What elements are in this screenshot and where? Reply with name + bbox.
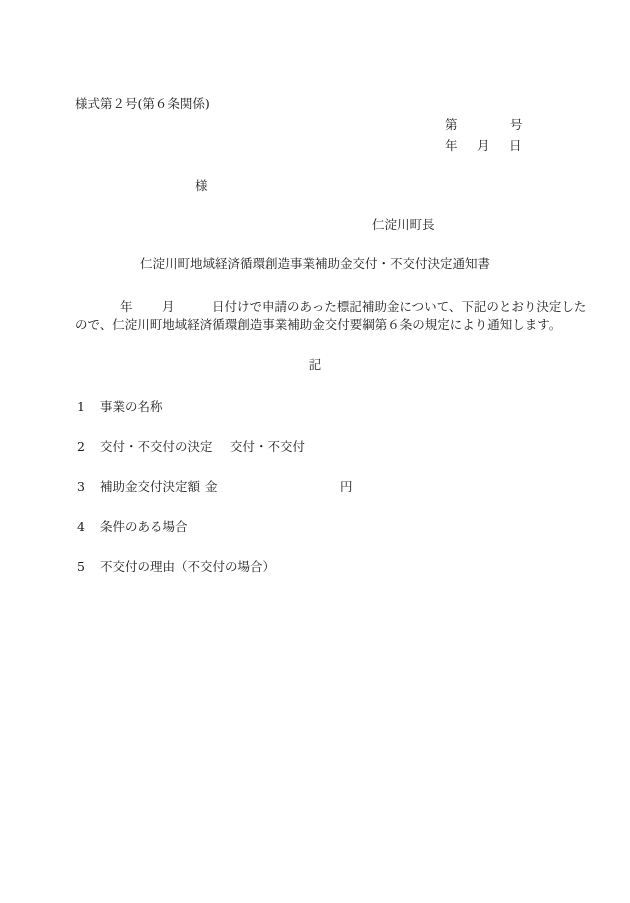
date-year-label: 年 [445,138,458,153]
doc-number-line: 第 号 [0,117,630,133]
item-number: 1 [77,399,85,414]
date-day-label: 日 [509,138,522,153]
list-item: 4 条件のある場合 [0,519,630,535]
list-item: 3 補助金交付決定額 金 円 [0,479,630,495]
sender-title: 仁淀川町長 [372,217,435,232]
date-line: 年 月 日 [0,138,630,154]
item-number: 3 [77,479,85,494]
body-line-2: ので、仁淀川町地域経済循環創造事業補助金交付要綱第６条の規定により通知します。 [75,317,561,332]
item-value: 交付・不交付 [230,439,305,454]
section-marker: 記 [0,357,630,372]
recipient-honorific: 様 [195,178,208,193]
body-year-label: 年 [120,299,133,314]
item-label: 条件のある場合 [100,519,188,534]
list-item: 1 事業の名称 [0,399,630,415]
list-item: 2 交付・不交付の決定 交付・不交付 [0,439,630,455]
doc-number-prefix: 第 [445,117,458,132]
item-number: 5 [77,559,85,574]
amount-prefix: 金 [205,479,218,494]
document-page: 様式第２号(第６条関係) 第 号 年 月 日 様 仁淀川町長 仁淀川町地域経済循… [0,0,630,903]
item-label: 補助金交付決定額 [100,479,200,494]
item-label: 事業の名称 [100,399,163,414]
list-item: 5 不交付の理由（不交付の場合） [0,559,630,575]
amount-suffix: 円 [340,479,353,494]
date-month-label: 月 [477,138,490,153]
item-number: 4 [77,519,85,534]
item-label: 不交付の理由（不交付の場合） [100,559,275,574]
item-label: 交付・不交付の決定 [100,439,213,454]
item-number: 2 [77,439,85,454]
body-line-1: 年 月 日付けで申請のあった標記補助金について、下記のとおり決定した [0,299,630,315]
doc-number-suffix: 号 [510,117,523,132]
form-number: 様式第２号(第６条関係) [75,96,210,111]
body-month-label: 月 [162,299,175,314]
document-title: 仁淀川町地域経済循環創造事業補助金交付・不交付決定通知書 [0,256,630,271]
body-line-1-text: 日付けで申請のあった標記補助金について、下記のとおり決定した [212,299,586,314]
